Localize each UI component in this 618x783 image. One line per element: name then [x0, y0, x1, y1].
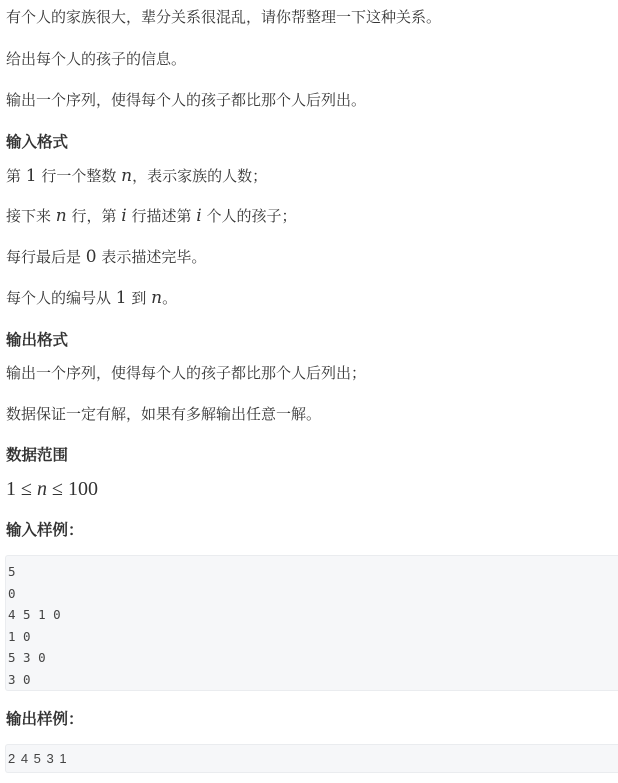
- data-range-heading: 数据范围: [6, 445, 68, 465]
- text: 行，第: [67, 207, 122, 225]
- math-variable: n: [121, 166, 132, 186]
- math-number: 0: [86, 247, 97, 267]
- math-variable: n: [56, 206, 67, 226]
- code-line: 2 4 5 3 1: [8, 748, 618, 770]
- math-number: 100: [68, 478, 98, 500]
- text: 第: [6, 167, 26, 185]
- text: 接下来: [6, 207, 56, 225]
- sample-input-code-block[interactable]: 5 0 4 5 1 0 1 0 5 3 0 3 0: [5, 555, 618, 691]
- text: 个人的孩子；: [202, 207, 297, 225]
- output-format-line-1: 输出一个序列，使得每个人的孩子都比那个人后列出；: [6, 363, 366, 383]
- code-line: 1 0: [8, 626, 618, 648]
- math-variable: n: [151, 288, 162, 308]
- output-format-line-2: 数据保证一定有解，如果有多解输出任意一解。: [6, 404, 321, 424]
- code-line: 5 3 0: [8, 647, 618, 669]
- math-number: 1: [6, 478, 16, 500]
- text: 行一个整数: [37, 167, 122, 185]
- input-format-heading: 输入格式: [6, 132, 68, 152]
- sample-output-heading: 输出样例：: [6, 709, 84, 729]
- math-operator: ≤: [16, 478, 37, 500]
- sample-input-heading: 输入样例：: [6, 520, 84, 540]
- text: 表示描述完毕。: [97, 248, 207, 266]
- math-operator: ≤: [47, 478, 68, 500]
- math-variable: n: [37, 478, 47, 500]
- code-line: 5: [8, 561, 618, 583]
- text: 到: [127, 289, 152, 307]
- data-range-formula: 1 ≤ n ≤ 100: [6, 477, 98, 501]
- text: ，表示家族的人数；: [132, 167, 267, 185]
- code-line: 0: [8, 583, 618, 605]
- text: 每行最后是: [6, 248, 86, 266]
- text: 行描述第: [127, 207, 197, 225]
- sample-output-code-block[interactable]: 2 4 5 3 1: [5, 744, 618, 773]
- text: 。: [162, 289, 177, 307]
- text: 每个人的编号从: [6, 289, 116, 307]
- code-line: 4 5 1 0: [8, 604, 618, 626]
- description-paragraph-2: 给出每个人的孩子的信息。: [6, 49, 186, 69]
- code-line: 3 0: [8, 669, 618, 691]
- math-number: 1: [116, 288, 127, 308]
- output-format-heading: 输出格式: [6, 330, 68, 350]
- input-format-line-4: 每个人的编号从 1 到 n。: [6, 288, 177, 308]
- input-format-line-1: 第 1 行一个整数 n，表示家族的人数；: [6, 166, 267, 186]
- input-format-line-2: 接下来 n 行，第 i 行描述第 i 个人的孩子；: [6, 206, 296, 226]
- math-number: 1: [26, 166, 37, 186]
- description-paragraph-3: 输出一个序列，使得每个人的孩子都比那个人后列出。: [6, 90, 366, 110]
- description-paragraph-1: 有个人的家族很大，辈分关系很混乱，请你帮整理一下这种关系。: [6, 7, 441, 27]
- input-format-line-3: 每行最后是 0 表示描述完毕。: [6, 247, 206, 267]
